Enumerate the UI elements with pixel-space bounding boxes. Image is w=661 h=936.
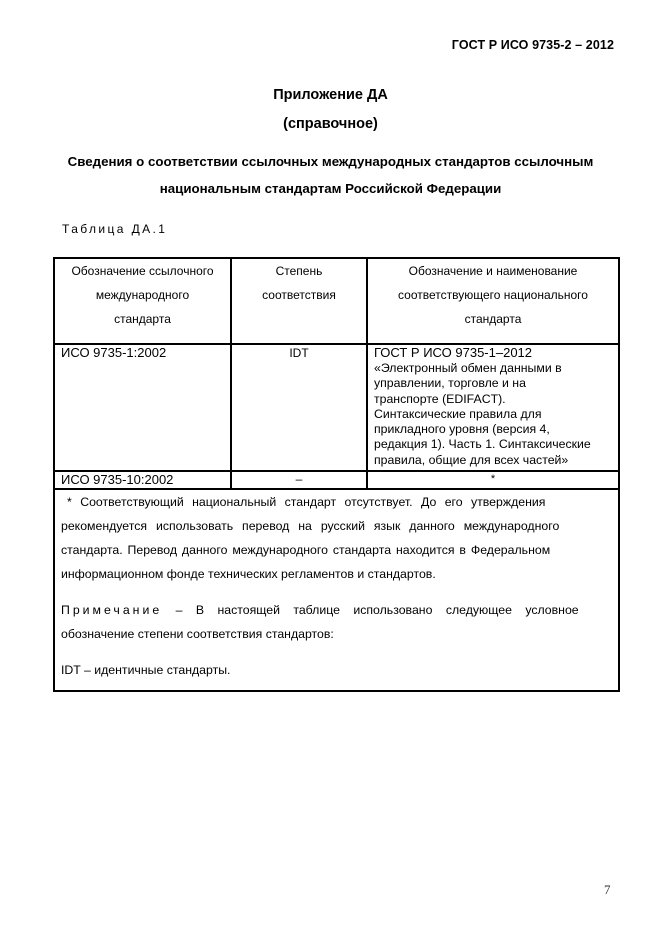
table-notes: * Соответствующий национальный стандарт … bbox=[55, 490, 618, 690]
annex-heading-line: Сведения о соответствии ссылочных междун… bbox=[20, 148, 641, 175]
footnote-line: стандарта. Перевод данного международног… bbox=[61, 538, 612, 562]
cell-degree: – bbox=[232, 472, 368, 488]
national-title-line: прикладного уровня (версия 4, bbox=[374, 422, 618, 437]
cell-international: ИСО 9735-10:2002 bbox=[55, 472, 232, 488]
national-title-line: транспорте (EDIFACT). bbox=[374, 392, 618, 407]
footnote-line: рекомендуется использовать перевод на ру… bbox=[61, 514, 612, 538]
header-text: Обозначение ссылочного bbox=[55, 259, 230, 283]
table-header-row: Обозначение ссылочного международного ст… bbox=[55, 259, 618, 345]
correspondence-table: Обозначение ссылочного международного ст… bbox=[53, 257, 620, 692]
annex-heading: Сведения о соответствии ссылочных междун… bbox=[20, 148, 641, 202]
page-number: 7 bbox=[604, 882, 611, 898]
note-line: Примечание – В настоящей таблице использ… bbox=[61, 598, 612, 622]
idt-legend: IDT – идентичные стандарты. bbox=[61, 658, 612, 682]
table-label: Таблица ДА.1 bbox=[62, 222, 167, 236]
header-text: стандарта bbox=[368, 307, 618, 331]
note-text: – В настоящей таблице использовано следу… bbox=[162, 603, 578, 617]
national-title-line: управлении, торговле и на bbox=[374, 376, 618, 391]
table-row: ИСО 9735-1:2002 IDT ГОСТ Р ИСО 9735-1–20… bbox=[55, 345, 618, 472]
footnote-line: информационном фонде технических регламе… bbox=[61, 562, 612, 586]
header-text: соответствующего национального bbox=[368, 283, 618, 307]
footnote-line: * Соответствующий национальный стандарт … bbox=[61, 490, 612, 514]
document-code: ГОСТ Р ИСО 9735-2 – 2012 bbox=[452, 38, 614, 52]
header-text: соответствия bbox=[232, 283, 366, 307]
annex-heading-line: национальным стандартам Российской Федер… bbox=[20, 175, 641, 202]
annex-subtitle: (справочное) bbox=[0, 116, 661, 132]
header-text: Степень bbox=[232, 259, 366, 283]
header-international-standard: Обозначение ссылочного международного ст… bbox=[55, 259, 232, 343]
national-code: ГОСТ Р ИСО 9735-1–2012 bbox=[374, 345, 618, 361]
national-title-line: редакция 1). Часть 1. Синтаксические bbox=[374, 437, 618, 452]
cell-degree: IDT bbox=[232, 345, 368, 470]
note-label: Примечание bbox=[61, 603, 162, 617]
cell-national: * bbox=[368, 472, 618, 488]
table-row: ИСО 9735-10:2002 – * bbox=[55, 472, 618, 490]
national-title-line: Синтаксические правила для bbox=[374, 407, 618, 422]
header-text: международного bbox=[55, 283, 230, 307]
note-line: обозначение степени соответствия стандар… bbox=[61, 622, 612, 646]
header-text: стандарта bbox=[55, 307, 230, 331]
header-text: Обозначение и наименование bbox=[368, 259, 618, 283]
cell-national: ГОСТ Р ИСО 9735-1–2012 «Электронный обме… bbox=[368, 345, 618, 470]
annex-title: Приложение ДА bbox=[0, 87, 661, 103]
cell-international: ИСО 9735-1:2002 bbox=[55, 345, 232, 470]
national-title-line: «Электронный обмен данными в bbox=[374, 361, 618, 376]
header-national-standard: Обозначение и наименование соответствующ… bbox=[368, 259, 618, 343]
national-title-line: правила, общие для всех частей» bbox=[374, 453, 618, 468]
header-degree: Степень соответствия bbox=[232, 259, 368, 343]
